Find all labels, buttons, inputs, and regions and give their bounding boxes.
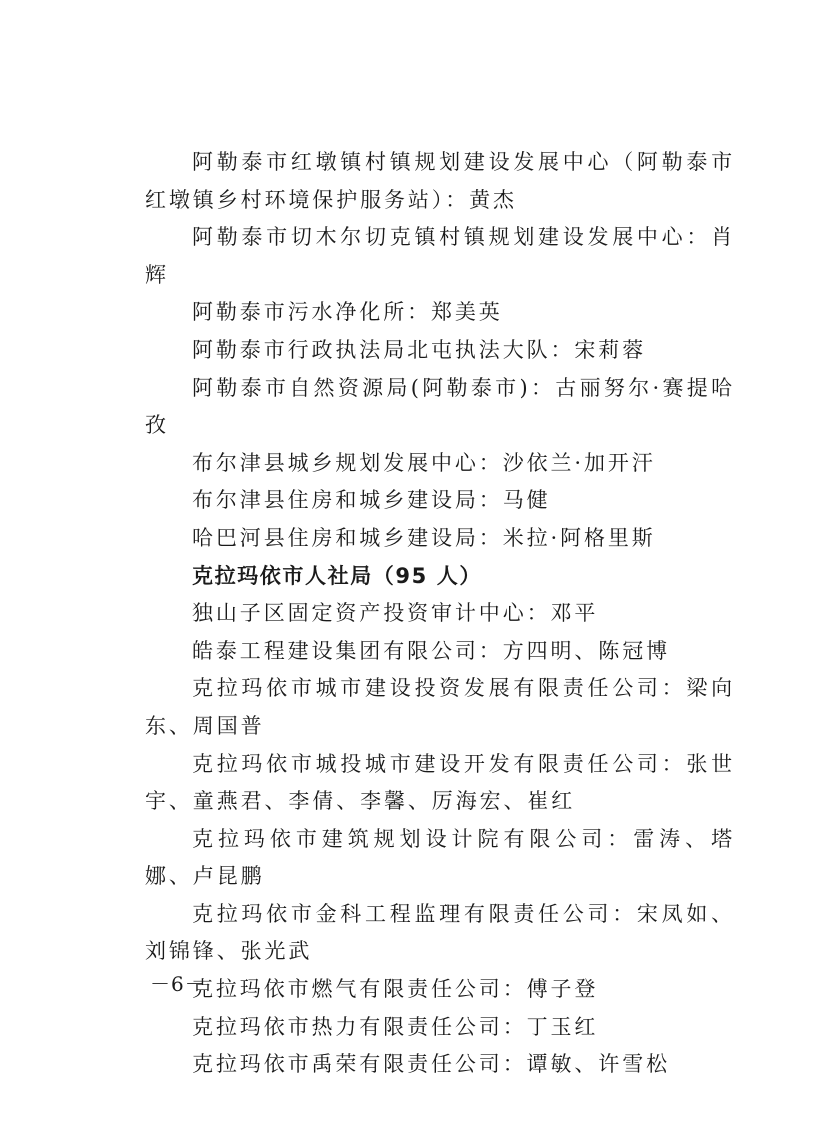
entry-admin-enforcement-beitun: 阿勒泰市行政执法局北屯执法大队：宋莉蓉 <box>145 332 735 370</box>
entry-dushanzi-audit-center: 独山子区固定资产投资审计中心：邓平 <box>145 595 735 633</box>
document-page: 阿勒泰市红墩镇村镇规划建设发展中心（阿勒泰市红墩镇乡村环境保护服务站）：黄杰 阿… <box>145 144 735 1084</box>
entry-habahe-housing-bureau: 哈巴河县住房和城乡建设局：米拉·阿格里斯 <box>145 520 735 558</box>
entry-natural-resources-bureau: 阿勒泰市自然资源局(阿勒泰市)：古丽努尔·赛提哈孜 <box>145 370 735 445</box>
entry-sewage-purification: 阿勒泰市污水净化所：郑美英 <box>145 294 735 332</box>
entry-karamay-urban-investment: 克拉玛依市城市建设投资发展有限责任公司：梁向东、周国普 <box>145 670 735 745</box>
entry-karamay-urban-development: 克拉玛依市城投城市建设开发有限责任公司：张世宇、童燕君、李倩、李馨、厉海宏、崔红 <box>145 746 735 821</box>
section-heading-karamay-hr: 克拉玛依市人社局（95 人） <box>145 558 735 596</box>
entry-burqin-housing-bureau: 布尔津县住房和城乡建设局：马健 <box>145 482 735 520</box>
entry-karamay-yurong-company: 克拉玛依市禹荣有限责任公司：谭敏、许雪松 <box>145 1046 735 1084</box>
entry-karamay-architecture-institute: 克拉玛依市建筑规划设计院有限公司：雷涛、塔娜、卢昆鹏 <box>145 821 735 896</box>
entry-karamay-gas-company: 克拉玛依市燃气有限责任公司：傅子登 <box>145 971 735 1009</box>
entry-karamay-heating-company: 克拉玛依市热力有限责任公司：丁玉红 <box>145 1009 735 1047</box>
entry-hongdun-planning-center: 阿勒泰市红墩镇村镇规划建设发展中心（阿勒泰市红墩镇乡村环境保护服务站）：黄杰 <box>145 144 735 219</box>
entry-burqin-planning-center: 布尔津县城乡规划发展中心：沙依兰·加开汗 <box>145 445 735 483</box>
entry-qiemuerqieke-planning-center: 阿勒泰市切木尔切克镇村镇规划建设发展中心：肖辉 <box>145 219 735 294</box>
entry-karamay-jinke-supervision: 克拉玛依市金科工程监理有限责任公司：宋凤如、刘锦锋、张光武 <box>145 896 735 971</box>
page-number: －6－ <box>150 968 206 997</box>
entry-haotai-construction: 皓泰工程建设集团有限公司：方四明、陈冠博 <box>145 633 735 671</box>
